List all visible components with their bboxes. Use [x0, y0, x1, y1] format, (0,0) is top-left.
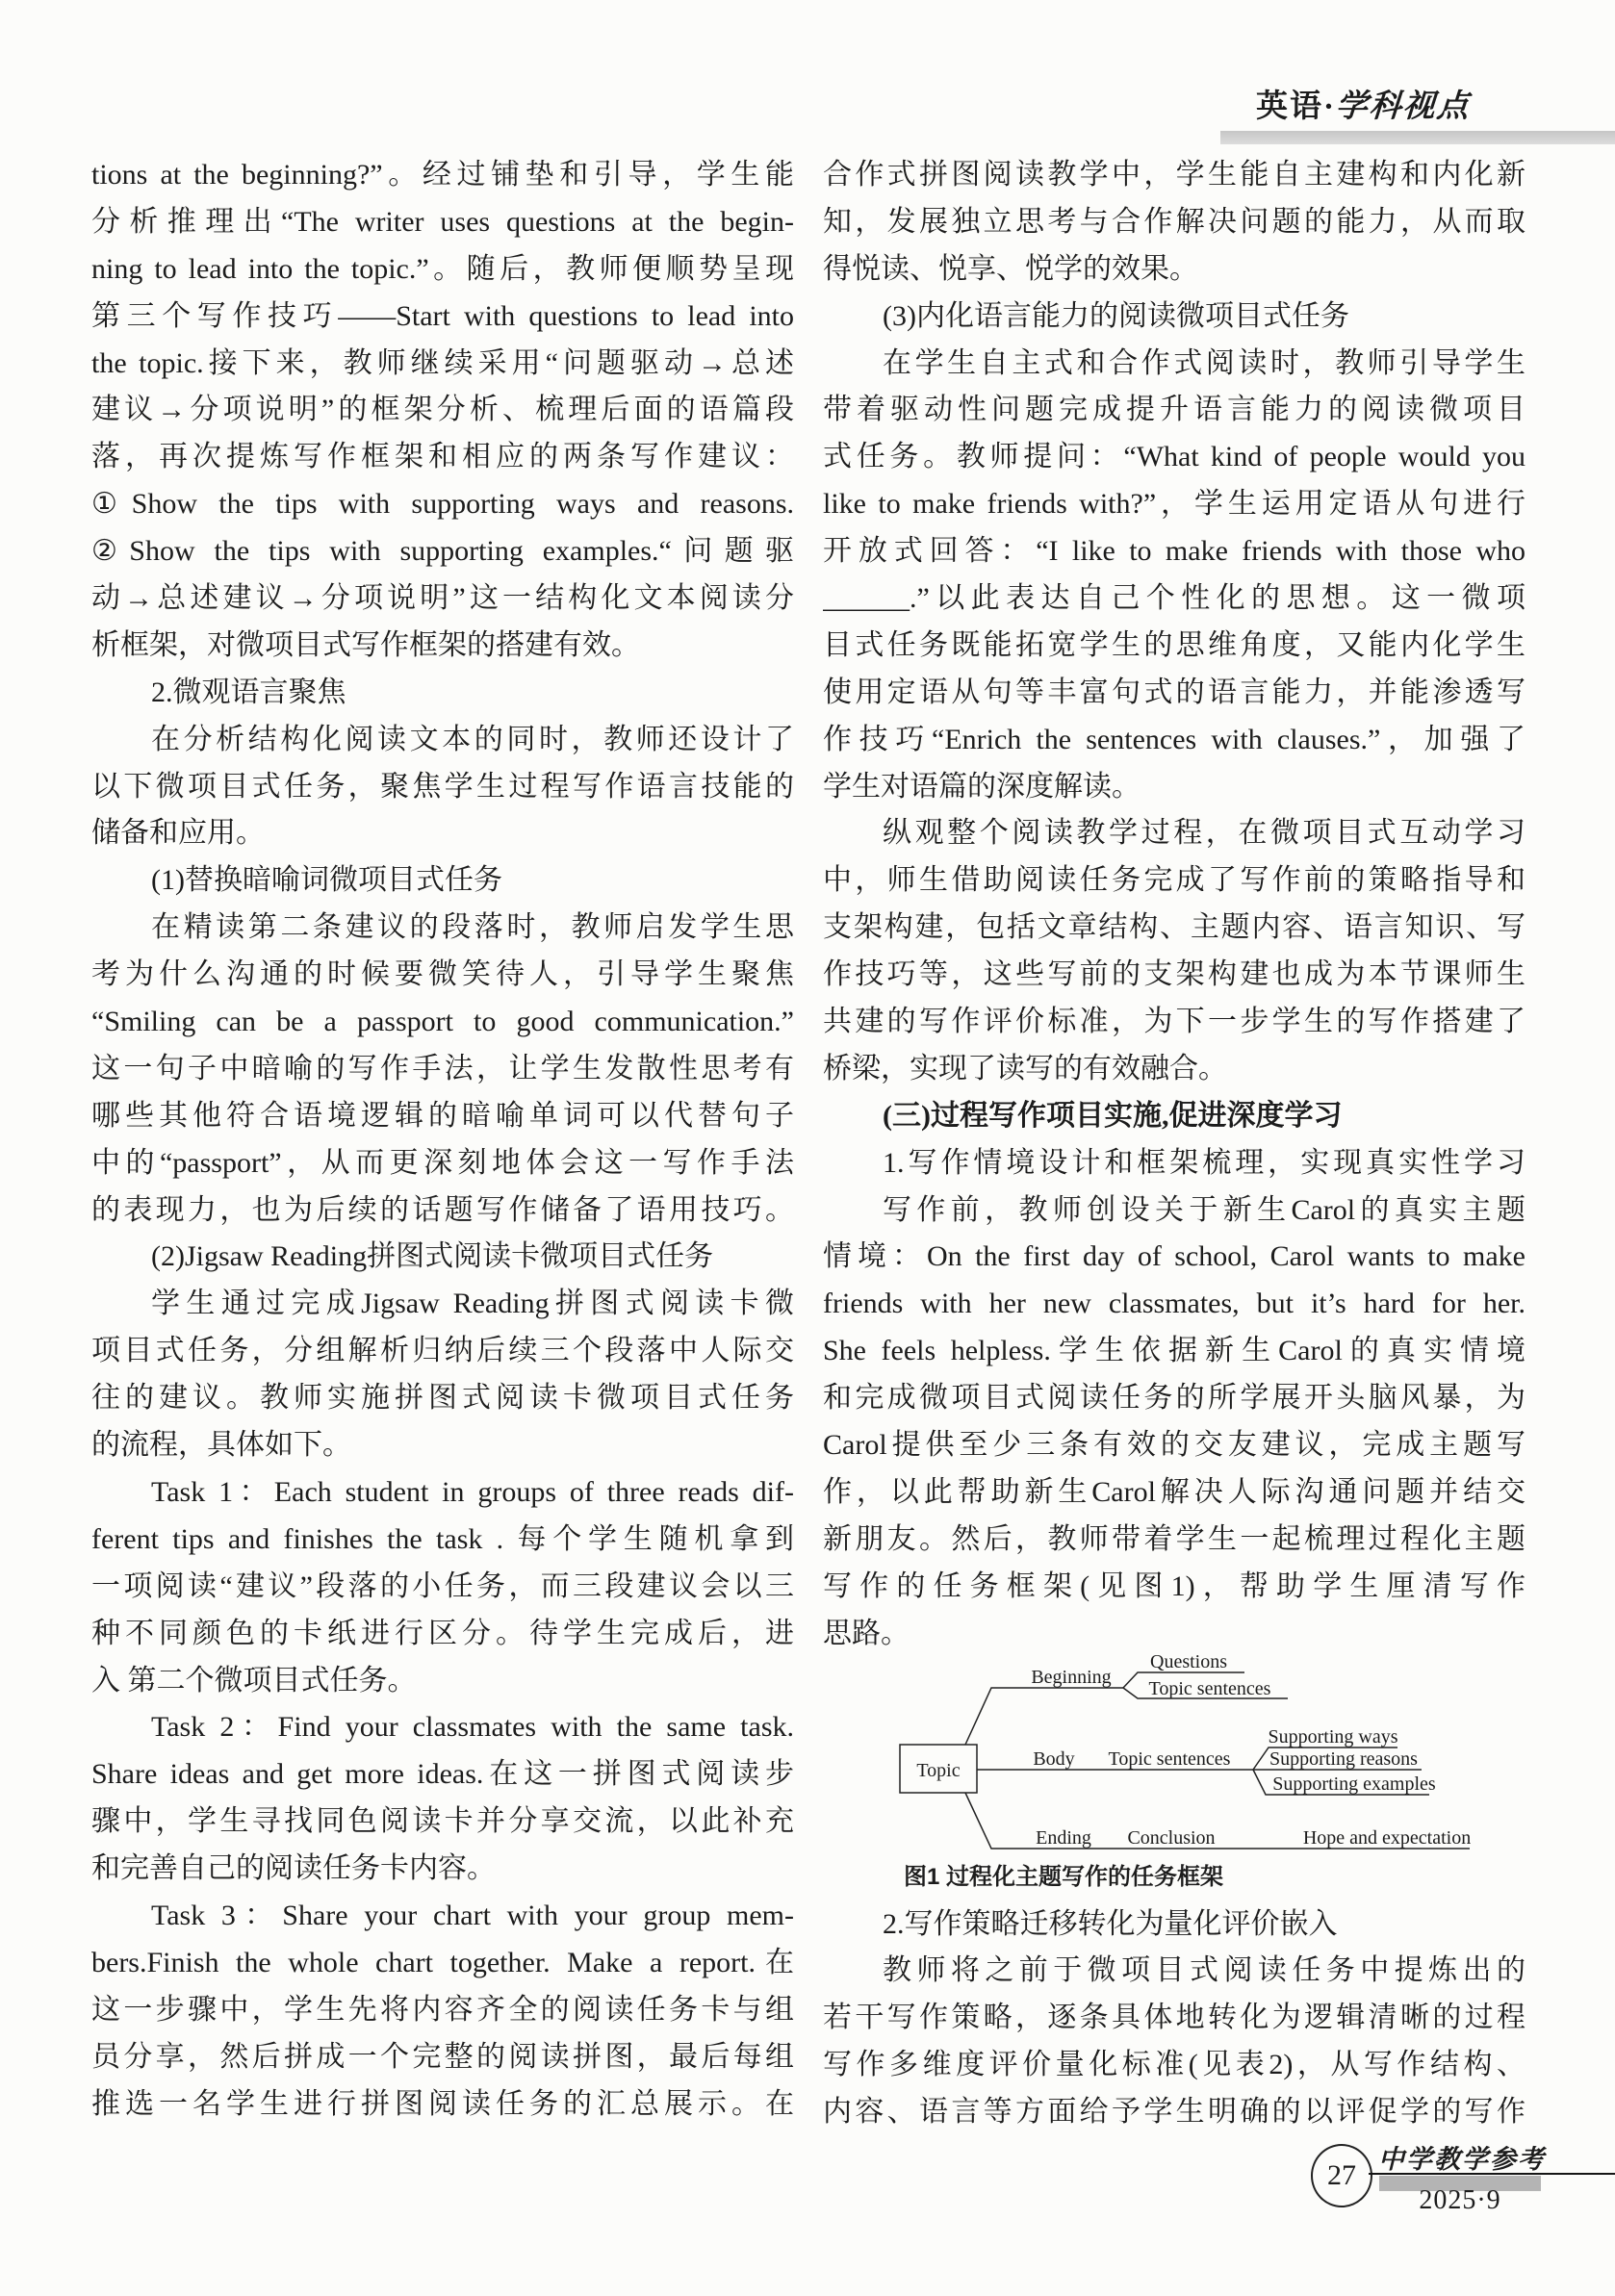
left-column: tions at the beginning?”。经过铺垫和引导，学生能分析推理… [91, 152, 794, 2128]
text-line: Task 2：Find your classmates with the sam… [91, 1704, 794, 1751]
text-line: 教师将之前于微项目式阅读任务中提炼出的 [823, 1948, 1525, 1995]
questions-label: Questions [1150, 1651, 1227, 1672]
journal-name: 中学教学参考 [1378, 2138, 1546, 2176]
text-line: 和完善自己的阅读任务卡内容。 [91, 1846, 794, 1893]
body-label: Body [1033, 1748, 1074, 1770]
right-column-bottom-text: 2.写作策略迁移转化为量化评价嵌入教师将之前于微项目式阅读任务中提炼出的若干写作… [823, 1901, 1525, 2136]
page-number-badge: 27 [1311, 2144, 1372, 2207]
text-line: 这一句子中暗喻的写作手法，让学生发散性思考有 [91, 1046, 794, 1093]
topic-sentences-mid-label: Topic sentences [1109, 1748, 1231, 1770]
topic-label: Topic [916, 1760, 960, 1781]
text-line: 式任务。教师提问：“What kind of people would you [823, 434, 1525, 481]
text-line: 在分析结构化阅读文本的同时，教师还设计了 [91, 717, 794, 764]
text-line: 和完成微项目式阅读任务的所学展开头脑风暴，为 [823, 1375, 1525, 1422]
text-line: 合作式拼图阅读教学中，学生能自主建构和内化新 [823, 152, 1525, 199]
text-line: 动→总述建议→分项说明”这一结构化文本阅读分 [91, 575, 794, 623]
text-line: ②Show the tips with supporting examples.… [91, 528, 794, 575]
right-column: 合作式拼图阅读教学中，学生能自主建构和内化新知，发展独立思考与合作解决问题的能力… [823, 152, 1525, 2136]
text-line: 储备和应用。 [91, 810, 794, 857]
text-line: 以下微项目式任务，聚焦学生过程写作语言技能的 [91, 764, 794, 811]
text-line: 写作前，教师创设关于新生Carol的真实主题 [823, 1187, 1525, 1235]
text-line: (三)过程写作项目实施,促进深度学习 [823, 1093, 1525, 1140]
supporting-examples-label: Supporting examples [1272, 1773, 1436, 1795]
text-line: 若干写作策略，逐条具体地转化为逻辑清晰的过程 [823, 1995, 1525, 2042]
text-line: 的流程，具体如下。 [91, 1422, 794, 1469]
text-line: 带着驱动性问题完成提升语言能力的阅读微项目 [823, 387, 1525, 434]
text-line: Task 1：Each student in groups of three r… [91, 1469, 794, 1517]
text-line: 作，以此帮助新生Carol解决人际沟通问题并结交 [823, 1469, 1525, 1517]
header-section-label: 英语 [1256, 89, 1323, 124]
text-line: (3)内化语言能力的阅读微项目式任务 [823, 293, 1525, 341]
text-line: 这一步骤中，学生先将内容齐全的阅读任务卡与组 [91, 1987, 794, 2034]
text-line: the topic.接下来，教师继续采用“问题驱动→总述 [91, 341, 794, 388]
text-line: 2.写作策略迁移转化为量化评价嵌入 [823, 1901, 1525, 1949]
header-subsection-label: 学科视点 [1334, 81, 1472, 126]
beginning-branch-line [965, 1688, 1123, 1745]
text-line: 纵观整个阅读教学过程，在微项目式互动学习 [823, 810, 1525, 857]
text-line: ferent tips and finishes the task . 每个学生… [91, 1517, 794, 1564]
text-line: 作技巧等，这些写前的支架构建也成为本节课师生 [823, 952, 1525, 999]
text-line: Carol提供至少三条有效的交友建议，完成主题写 [823, 1422, 1525, 1469]
text-line: 作技巧“Enrich the sentences with clauses.”，… [823, 717, 1525, 764]
text-line: ning to lead into the topic.”。随后，教师便顺势呈现 [91, 246, 794, 293]
text-line: 建议→分项说明”的框架分析、梳理后面的语篇段 [91, 387, 794, 434]
text-line: bers.Finish the whole chart together. Ma… [91, 1940, 794, 1987]
text-line: 中的“passport”，从而更深刻地体会这一写作手法 [91, 1140, 794, 1187]
text-line: 推选一名学生进行拼图阅读任务的汇总展示。在 [91, 2081, 794, 2129]
topic-sentences-top-label: Topic sentences [1149, 1678, 1271, 1699]
text-line: 得悦读、悦享、悦学的效果。 [823, 246, 1525, 293]
text-line: 写作多维度评价量化标准(见表2)，从写作结构、 [823, 2042, 1525, 2089]
text-line: Task 3：Share your chart with your group … [91, 1893, 794, 1940]
text-line: 种不同颜色的卡纸进行区分。待学生完成后，进 [91, 1611, 794, 1658]
text-line: 2.微观语言聚焦 [91, 670, 794, 717]
text-line: (2)Jigsaw Reading拼图式阅读卡微项目式任务 [91, 1234, 794, 1281]
text-line: “Smiling can be a passport to good commu… [91, 999, 794, 1046]
footer-rule-line [1369, 2173, 1615, 2175]
conclusion-label: Conclusion [1127, 1827, 1215, 1849]
text-line: ①Show the tips with supporting ways and … [91, 481, 794, 528]
text-line: tions at the beginning?”。经过铺垫和引导，学生能 [91, 152, 794, 199]
text-line: 新朋友。然后，教师带着学生一起梳理过程化主题 [823, 1517, 1525, 1564]
text-line: 知，发展独立思考与合作解决问题的能力，从而取 [823, 199, 1525, 246]
text-line: 在精读第二条建议的段落时，教师启发学生思 [91, 905, 794, 952]
figure-1-task-framework-diagram: Topic Beginning Questions Topic sentence… [823, 1646, 1525, 1892]
header-rule-bar [1220, 131, 1615, 144]
text-line: (1)替换暗喻词微项目式任务 [91, 857, 794, 905]
text-line: 落，再次提炼写作框架和相应的两条写作建议： [91, 434, 794, 481]
text-line: 项目式任务，分组解析归纳后续三个段落中人际交 [91, 1328, 794, 1375]
text-line: like to make friends with?”，学生运用定语从句进行 [823, 481, 1525, 528]
text-line: 写作的任务框架(见图1)，帮助学生厘清写作 [823, 1564, 1525, 1611]
text-line: friends with her new classmates, but it’… [823, 1281, 1525, 1328]
text-line: 支架构建，包括文章结构、主题内容、语言知识、写 [823, 905, 1525, 952]
text-line: ______.”以此表达自己个性化的思想。这一微项 [823, 575, 1525, 623]
text-line: 分析推理出“The writer uses questions at the b… [91, 199, 794, 246]
text-line: 内容、语言等方面给予学生明确的以评促学的写作 [823, 2089, 1525, 2136]
text-line: 目式任务既能拓宽学生的思维角度，又能内化学生 [823, 623, 1525, 670]
text-line: 情境：On the first day of school, Carol wan… [823, 1234, 1525, 1281]
text-line: 骤中，学生寻找同色阅读卡并分享交流，以此补充 [91, 1799, 794, 1846]
text-line: 学生对语篇的深度解读。 [823, 764, 1525, 811]
hope-expectation-label: Hope and expectation [1303, 1827, 1471, 1849]
figure-1-caption: 图1 过程化主题写作的任务框架 [904, 1863, 1223, 1890]
text-line: 入 第二个微项目式任务。 [91, 1658, 794, 1705]
text-line: 1.写作情境设计和框架梳理，实现真实性学习 [823, 1140, 1525, 1187]
text-line: 一项阅读“建议”段落的小任务，而三段建议会以三 [91, 1564, 794, 1611]
text-line: 第三个写作技巧——Start with questions to lead in… [91, 293, 794, 341]
page-header-title: 英语·学科视点 [1256, 81, 1471, 126]
text-line: 的表现力，也为后续的话题写作储备了语用技巧。 [91, 1187, 794, 1235]
text-line: She feels helpless.学生依据新生Carol的真实情境 [823, 1328, 1525, 1375]
text-line: 析框架，对微项目式写作框架的搭建有效。 [91, 623, 794, 670]
text-line: 员分享，然后拼成一个完整的阅读拼图，最后每组 [91, 2034, 794, 2081]
text-line: Share ideas and get more ideas.在这一拼图式阅读步 [91, 1751, 794, 1799]
text-line: 中，师生借助阅读任务完成了写作前的策略指导和 [823, 857, 1525, 905]
supporting-reasons-label: Supporting reasons [1269, 1748, 1418, 1770]
text-line: 哪些其他符合语境逻辑的暗喻单词可以代替句子 [91, 1093, 794, 1140]
text-line: 使用定语从句等丰富句式的语言能力，并能渗透写 [823, 670, 1525, 717]
supporting-ways-label: Supporting ways [1269, 1726, 1398, 1748]
right-column-top-text: 合作式拼图阅读教学中，学生能自主建构和内化新知，发展独立思考与合作解决问题的能力… [823, 152, 1525, 1658]
text-line: 桥梁，实现了读写的有效融合。 [823, 1046, 1525, 1093]
journal-issue: 2025·9 [1379, 2185, 1541, 2216]
text-line: 在学生自主式和合作式阅读时，教师引导学生 [823, 341, 1525, 388]
beginning-label: Beginning [1031, 1667, 1111, 1688]
text-line: 往的建议。教师实施拼图式阅读卡微项目式任务 [91, 1375, 794, 1422]
text-line: 考为什么沟通的时候要微笑待人，引导学生聚焦 [91, 952, 794, 999]
text-line: 开放式回答：“I like to make friends with those… [823, 528, 1525, 575]
ending-label: Ending [1036, 1827, 1091, 1849]
text-line: 共建的写作评价标准，为下一步学生的写作搭建了 [823, 999, 1525, 1046]
text-line: 学生通过完成Jigsaw Reading拼图式阅读卡微 [91, 1281, 794, 1328]
